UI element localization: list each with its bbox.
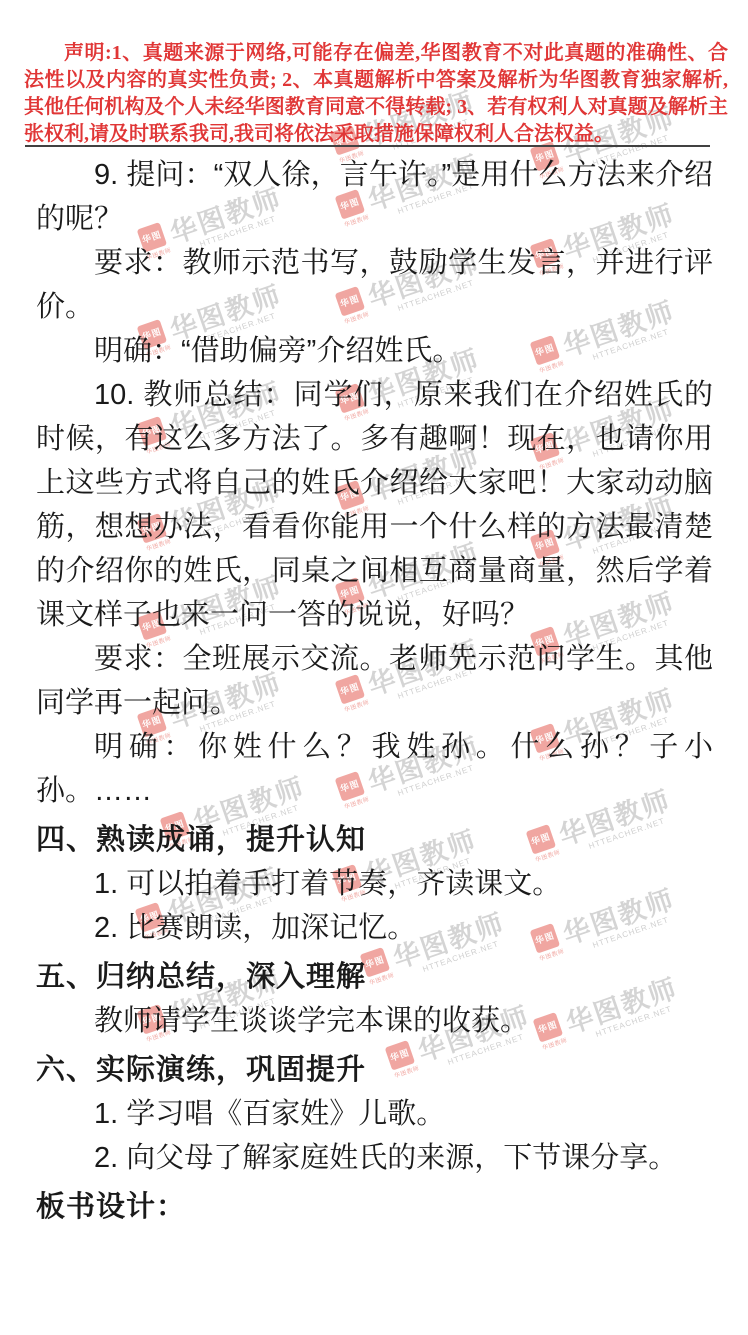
paragraph: 要求：教师示范书写，鼓励学生发言，并进行评价。 <box>36 241 713 329</box>
disclaimer-label: 声明: <box>64 42 112 64</box>
paragraph: 教师请学生谈谈学完本课的收获。 <box>36 999 713 1043</box>
paragraph: 要求：全班展示交流。老师先示范问学生。其他同学再一起问。 <box>36 637 713 725</box>
paragraph: 1. 学习唱《百家姓》儿歌。 <box>36 1092 713 1136</box>
paragraph: 明确：你姓什么？我姓孙。什么孙？子小孙。…… <box>36 725 713 813</box>
paragraph: 1. 可以拍着手打着节奏，齐读课文。 <box>36 862 713 906</box>
disclaimer: 声明:1、真题来源于网络,可能存在偏差,华图教育不对此真题的准确性、合法性以及内… <box>24 40 728 148</box>
section-heading: 五、归纳总结，深入理解 <box>36 955 713 999</box>
section-heading: 四、熟读成诵，提升认知 <box>36 818 713 862</box>
section-heading: 六、实际演练，巩固提升 <box>36 1048 713 1092</box>
disclaimer-text: 1、真题来源于网络,可能存在偏差,华图教育不对此真题的准确性、合法性以及内容的真… <box>24 42 728 145</box>
paragraph: 明确：“借助偏旁”介绍姓氏。 <box>36 329 713 373</box>
document-body: 9. 提问：“双人徐，言午许。”是用什么方法来介绍的呢？要求：教师示范书写，鼓励… <box>36 153 713 1229</box>
paragraph: 10. 教师总结：同学们，原来我们在介绍姓氏的时候，有这么多方法了。多有趣啊！现… <box>36 373 713 637</box>
page-root: 华图华图教师华图教师HTTEACHER.NET华图华图教师华图教师HTTEACH… <box>0 0 748 1335</box>
paragraph: 2. 向父母了解家庭姓氏的来源，下节课分享。 <box>36 1136 713 1180</box>
paragraph: 2. 比赛朗读，加深记忆。 <box>36 906 713 950</box>
section-heading: 板书设计： <box>36 1185 713 1229</box>
section-divider <box>25 145 710 147</box>
paragraph: 9. 提问：“双人徐，言午许。”是用什么方法来介绍的呢？ <box>36 153 713 241</box>
